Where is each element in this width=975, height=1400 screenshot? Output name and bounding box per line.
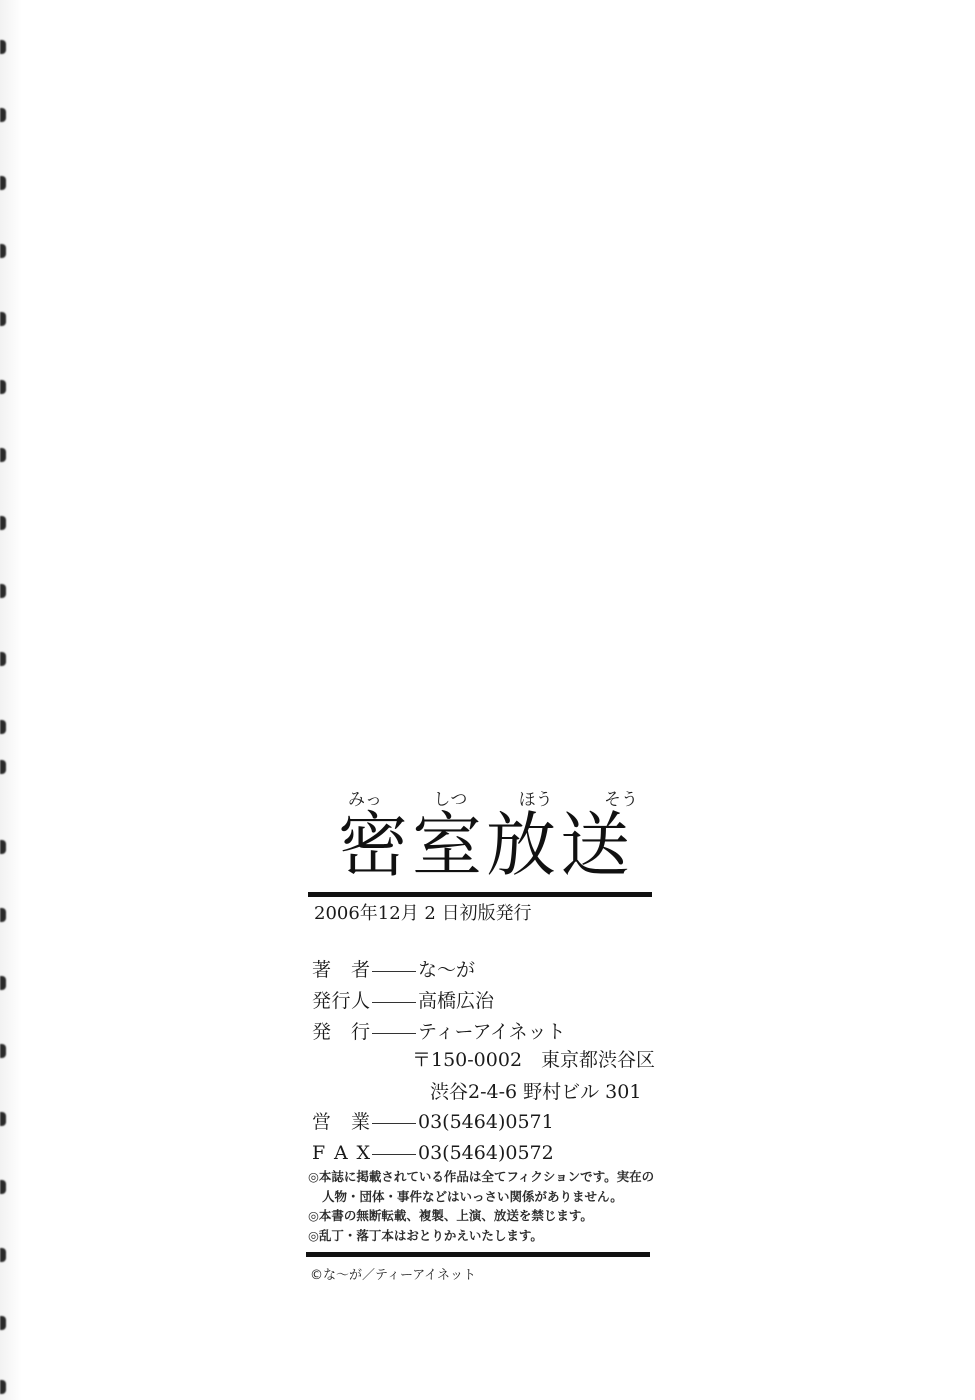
contact-label: 営 業 bbox=[312, 1107, 370, 1138]
contact-row-sales: 営 業03(5464)0571 bbox=[312, 1107, 554, 1138]
binding-hole-mark bbox=[0, 108, 6, 122]
binding-hole-mark bbox=[0, 516, 6, 530]
binding-hole-mark bbox=[0, 1316, 6, 1330]
address-line-2: 渋谷2-4-6 野村ビル 301 bbox=[430, 1077, 641, 1104]
note-line: ◎本書の無断転載、複製、上演、放送を禁じます。 bbox=[308, 1206, 668, 1226]
binding-hole-mark bbox=[0, 1380, 6, 1394]
binding-hole-mark bbox=[0, 312, 6, 326]
note-line: ◎乱丁・落丁本はおとりかえいたします。 bbox=[308, 1226, 668, 1246]
dash-divider bbox=[372, 1002, 416, 1003]
dash-divider bbox=[372, 1033, 416, 1034]
credit-value: な～が bbox=[418, 959, 475, 981]
binding-hole-mark bbox=[0, 380, 6, 394]
credit-label: 発行人 bbox=[312, 986, 370, 1017]
credit-row-publisher-person: 発行人高橋広治 bbox=[312, 986, 566, 1017]
binding-hole-mark bbox=[0, 720, 6, 734]
credit-label: 著 者 bbox=[312, 955, 370, 986]
credit-value: 高橋広治 bbox=[418, 990, 494, 1012]
binding-hole-mark bbox=[0, 1248, 6, 1262]
dash-divider bbox=[372, 1154, 416, 1155]
binding-hole-mark bbox=[0, 584, 6, 598]
legal-notes: ◎本誌に掲載されている作品は全てフィクションです。実在の 人物・団体・事件などは… bbox=[308, 1167, 668, 1245]
binding-hole-mark bbox=[0, 760, 6, 774]
binding-hole-mark bbox=[0, 976, 6, 990]
note-line: ◎本誌に掲載されている作品は全てフィクションです。実在の bbox=[308, 1167, 668, 1187]
credit-label: 発 行 bbox=[312, 1017, 370, 1048]
credit-row-author: 著 者な～が bbox=[312, 955, 566, 986]
binding-hole-mark bbox=[0, 1180, 6, 1194]
binding-hole-mark bbox=[0, 448, 6, 462]
contact-label: F A X bbox=[312, 1138, 370, 1169]
binding-hole-mark bbox=[0, 1112, 6, 1126]
page-binding-edge bbox=[0, 0, 22, 1400]
binding-hole-mark bbox=[0, 1044, 6, 1058]
copyright-notice: ©な～が／ティーアイネット bbox=[310, 1264, 476, 1283]
binding-hole-mark bbox=[0, 652, 6, 666]
dash-divider bbox=[372, 971, 416, 972]
binding-hole-mark bbox=[0, 40, 6, 54]
binding-hole-mark bbox=[0, 840, 6, 854]
address-line-1: 〒150-0002 東京都渋谷区 bbox=[412, 1045, 655, 1072]
book-title: 密室放送 bbox=[338, 805, 634, 885]
credit-row-publisher: 発 行ティーアイネット bbox=[312, 1017, 566, 1048]
dash-divider bbox=[372, 1123, 416, 1124]
contact-value: 03(5464)0572 bbox=[418, 1142, 554, 1164]
note-line: 人物・団体・事件などはいっさい関係がありません。 bbox=[308, 1187, 668, 1207]
contact-info: 営 業03(5464)0571 F A X03(5464)0572 bbox=[312, 1107, 554, 1169]
credit-value: ティーアイネット bbox=[418, 1021, 566, 1043]
publication-date: 2006年12月 2 日初版発行 bbox=[314, 899, 532, 925]
binding-hole-mark bbox=[0, 908, 6, 922]
staff-credits: 著 者な～が 発行人高橋広治 発 行ティーアイネット bbox=[312, 955, 566, 1048]
binding-hole-mark bbox=[0, 244, 6, 258]
bottom-rule-divider bbox=[306, 1252, 650, 1257]
top-rule-divider bbox=[308, 892, 652, 897]
contact-row-fax: F A X03(5464)0572 bbox=[312, 1138, 554, 1169]
contact-value: 03(5464)0571 bbox=[418, 1111, 554, 1133]
binding-hole-mark bbox=[0, 176, 6, 190]
